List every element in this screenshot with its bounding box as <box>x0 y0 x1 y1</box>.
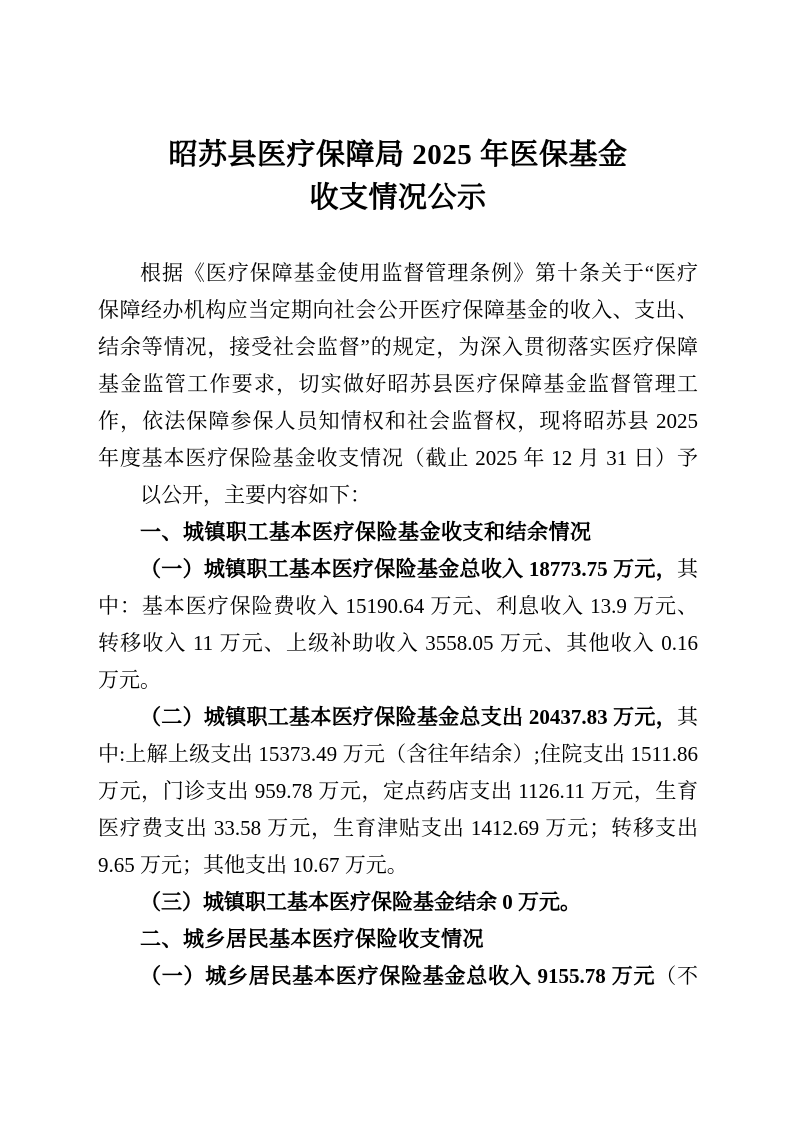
line-text: 作，依法保障参保人员知情权和社会监督权，现将昭苏县 2025 <box>98 409 698 433</box>
line-text: 以公开，主要内容如下： <box>140 483 371 507</box>
line-text: 转移收入 11 万元、上级补助收入 3558.05 万元、其他收入 0.16 <box>98 631 698 655</box>
line-text: 年度基本医疗保险基金收支情况（截止 2025 年 12 月 31 日）予 <box>98 446 698 470</box>
text-line: 基金监管工作要求，切实做好昭苏县医疗保障基金监督管理工 <box>98 366 698 403</box>
line-text: 万元，门诊支出 959.78 万元，定点药店支出 1126.11 万元，生育 <box>98 779 698 803</box>
text-line: 中:上解上级支出 15373.49 万元（含往年结余）;住院支出 1511.86 <box>98 736 698 773</box>
section-heading-1: 一、城镇职工基本医疗保险基金收支和结余情况 <box>98 514 698 551</box>
text-line: 年度基本医疗保险基金收支情况（截止 2025 年 12 月 31 日）予 <box>98 440 698 477</box>
line-text: 万元。 <box>98 668 161 692</box>
text-line: 结余等情况，接受社会监督”的规定，为深入贯彻落实医疗保障 <box>98 329 698 366</box>
document-body: 根据《医疗保障基金使用监督管理条例》第十条关于“医疗 保障经办机构应当定期向社会… <box>98 255 698 995</box>
text-line: 万元，门诊支出 959.78 万元，定点药店支出 1126.11 万元，生育 <box>98 773 698 810</box>
text-line: 保障经办机构应当定期向社会公开医疗保障基金的收入、支出、 <box>98 292 698 329</box>
line-text: 一、城镇职工基本医疗保险基金收支和结余情况 <box>140 521 592 544</box>
line-text: 9.65 万元；其他支出 10.67 万元。 <box>98 853 408 877</box>
line-text: 保障经办机构应当定期向社会公开医疗保障基金的收入、支出、 <box>98 298 698 322</box>
line-text-bold: （一）城镇职工基本医疗保险基金总收入 18773.75 万元， <box>140 557 677 581</box>
section-heading-2: 二、城乡居民基本医疗保险收支情况 <box>98 921 698 958</box>
text-line: （一）城镇职工基本医疗保险基金总收入 18773.75 万元，其 <box>98 551 698 588</box>
line-text: 根据《医疗保障基金使用监督管理条例》第十条关于“医疗 <box>140 261 698 285</box>
line-text: 其 <box>677 705 698 729</box>
line-text-bold: （三）城镇职工基本医疗保险基金结余 0 万元。 <box>140 890 581 914</box>
line-text: 医疗费支出 33.58 万元，生育津贴支出 1412.69 万元；转移支出 <box>98 816 698 840</box>
text-line: 转移收入 11 万元、上级补助收入 3558.05 万元、其他收入 0.16 <box>98 625 698 662</box>
text-line: 中：基本医疗保险费收入 15190.64 万元、利息收入 13.9 万元、 <box>98 588 698 625</box>
line-text-bold: （一）城乡居民基本医疗保险基金总收入 9155.78 万元 <box>140 964 655 988</box>
text-line: 医疗费支出 33.58 万元，生育津贴支出 1412.69 万元；转移支出 <box>98 810 698 847</box>
line-text: 其 <box>677 557 698 581</box>
text-line: 9.65 万元；其他支出 10.67 万元。 <box>98 847 698 884</box>
document-title: 昭苏县医疗保障局 2025 年医保基金 收支情况公示 <box>98 134 698 220</box>
line-text: 二、城乡居民基本医疗保险收支情况 <box>140 928 484 951</box>
line-text: （不 <box>655 964 698 988</box>
line-text: 基金监管工作要求，切实做好昭苏县医疗保障基金监督管理工 <box>98 372 698 396</box>
text-line: 以公开，主要内容如下： <box>98 477 698 514</box>
title-line-2: 收支情况公示 <box>98 177 698 220</box>
line-text: 中：基本医疗保险费收入 15190.64 万元、利息收入 13.9 万元、 <box>98 594 698 618</box>
text-line: 作，依法保障参保人员知情权和社会监督权，现将昭苏县 2025 <box>98 403 698 440</box>
title-line-1: 昭苏县医疗保障局 2025 年医保基金 <box>98 134 698 177</box>
text-line: 万元。 <box>98 662 698 699</box>
line-text: 中:上解上级支出 15373.49 万元（含往年结余）;住院支出 1511.86 <box>98 742 698 766</box>
document-page: 昭苏县医疗保障局 2025 年医保基金 收支情况公示 根据《医疗保障基金使用监督… <box>0 0 793 1122</box>
text-line: （二）城镇职工基本医疗保险基金总支出 20437.83 万元，其 <box>98 699 698 736</box>
text-line: 根据《医疗保障基金使用监督管理条例》第十条关于“医疗 <box>98 255 698 292</box>
line-text-bold: （二）城镇职工基本医疗保险基金总支出 20437.83 万元， <box>140 705 677 729</box>
text-line: （三）城镇职工基本医疗保险基金结余 0 万元。 <box>98 884 698 921</box>
line-text: 结余等情况，接受社会监督”的规定，为深入贯彻落实医疗保障 <box>98 335 698 359</box>
text-line: （一）城乡居民基本医疗保险基金总收入 9155.78 万元（不 <box>98 958 698 995</box>
